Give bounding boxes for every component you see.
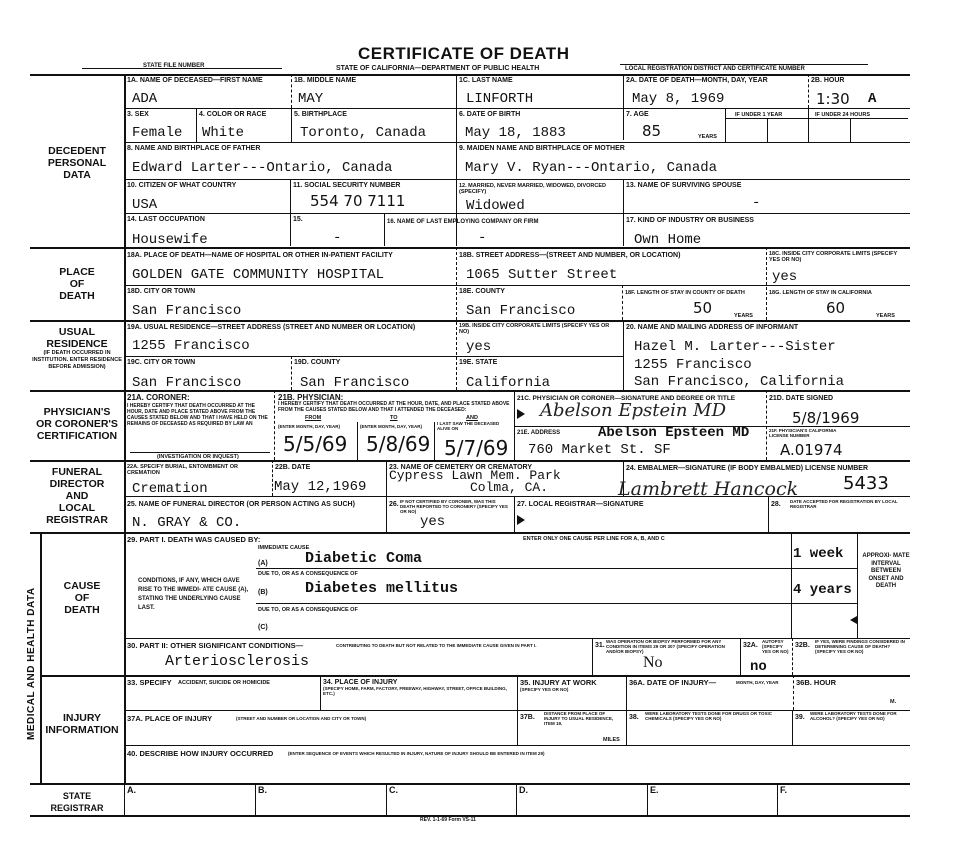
- field-35-note: (SPECIFY YES OR NO): [520, 687, 568, 693]
- field-35-label: 35. INJURY AT WORK: [520, 678, 597, 687]
- field-2b-meridiem: A: [868, 91, 876, 107]
- field-21b-enter-to: (ENTER MONTH, DAY, YEAR): [360, 424, 422, 430]
- field-32a-label: 32A.: [743, 641, 758, 650]
- medical-health-data-label: MEDICAL AND HEALTH DATA: [26, 587, 37, 740]
- field-25-value[interactable]: N. GRAY & CO.: [132, 515, 241, 531]
- field-20-label: 20. NAME AND MAILING ADDRESS OF INFORMAN…: [626, 323, 798, 332]
- field-19e-value[interactable]: California: [466, 375, 550, 391]
- field-31-note: WAS OPERATION OR BIOPSY PERFORMED FOR AN…: [606, 639, 738, 654]
- row-line: [124, 213, 910, 214]
- field-23-line2[interactable]: Colma, CA.: [470, 481, 548, 494]
- field-30-value[interactable]: Arteriosclerosis: [165, 654, 309, 670]
- field-3-label: 3. SEX: [127, 110, 149, 119]
- state-reg-cell-a[interactable]: A.: [127, 785, 136, 795]
- row-line: [124, 179, 910, 180]
- section-cause-of-death: CAUSE OF DEATH: [40, 580, 124, 616]
- divider: [320, 675, 321, 710]
- field-17-label: 17. KIND OF INDUSTRY OR BUSINESS: [626, 216, 754, 225]
- field-29-label: 29. PART I. DEATH WAS CAUSED BY:: [127, 535, 260, 544]
- field-1a-label: 1A. NAME OF DECEASED—FIRST NAME: [127, 76, 263, 85]
- field-18c-label: 18C. INSIDE CITY CORPORATE LIMITS (SPECI…: [769, 251, 907, 263]
- field-5-value[interactable]: Toronto, Canada: [300, 125, 426, 141]
- field-30-note: CONTRIBUTING TO DEATH BUT NOT RELATED TO…: [336, 643, 537, 649]
- divider: [768, 496, 769, 532]
- field-18d-label: 18D. CITY OR TOWN: [127, 287, 195, 296]
- frame-left: [124, 74, 126, 784]
- state-reg-cell-c[interactable]: C.: [389, 785, 398, 795]
- residence-note: (IF DEATH OCCURRED IN INSTITUTION. ENTER…: [30, 350, 124, 371]
- divider: [622, 285, 623, 320]
- divider: [592, 638, 593, 675]
- field-16-value[interactable]: -: [478, 230, 486, 246]
- field-39-label: 39.: [795, 713, 805, 722]
- field-29-a-value[interactable]: Diabetic Coma: [305, 551, 422, 567]
- field-21d-label: 21D. DATE SIGNED: [769, 394, 833, 403]
- field-21f-value[interactable]: A.01974: [780, 442, 842, 458]
- field-29-a-interval[interactable]: 1 week: [793, 546, 843, 562]
- state-reg-cell-b[interactable]: B.: [258, 785, 267, 795]
- field-37a-note: (STREET AND NUMBER OR LOCATION AND CITY …: [236, 716, 366, 722]
- field-18f-unit: YEARS: [734, 313, 753, 319]
- field-33-label: 33. SPECIFY: [127, 678, 172, 687]
- field-27-label: 27. LOCAL REGISTRAR—SIGNATURE: [517, 500, 644, 509]
- field-9-label: 9. MAIDEN NAME AND BIRTHPLACE OF MOTHER: [459, 144, 625, 153]
- field-18a-label: 18A. PLACE OF DEATH—NAME OF HOSPITAL OR …: [127, 251, 393, 260]
- divider: [767, 118, 768, 142]
- field-29-interval-label: APPROXI- MATE INTERVAL BETWEEN ONSET AND…: [860, 553, 912, 591]
- divider: [384, 213, 385, 246]
- field-6-label: 6. DATE OF BIRTH: [459, 110, 520, 119]
- row-line: [124, 496, 910, 497]
- section-certification: PHYSICIAN'S OR CORONER'S CERTIFICATION: [30, 406, 124, 442]
- field-2a-value[interactable]: May 8, 1969: [632, 91, 724, 107]
- field-13-value[interactable]: -: [752, 195, 760, 211]
- field-18b-value[interactable]: 1065 Sutter Street: [466, 267, 617, 283]
- inquest-line: [130, 452, 270, 453]
- field-21b-last-saw: I LAST SAW THE DECEASED ALIVE ON: [437, 421, 513, 431]
- field-40-note: (ENTER SEQUENCE OF EVENTS WHICH RESULTED…: [288, 751, 544, 757]
- field-31-label: 31.: [595, 641, 605, 650]
- field-22b-label: 22B. DATE: [275, 463, 310, 472]
- field-19d-value[interactable]: San Francisco: [300, 375, 409, 391]
- field-21d-value[interactable]: 5/8/1969: [792, 410, 859, 426]
- field-28-note: DATE ACCEPTED FOR REGISTRATION BY LOCAL …: [790, 499, 905, 509]
- field-8-value[interactable]: Edward Larter---Ontario, Canada: [132, 160, 392, 176]
- field-7-label: 7. AGE: [626, 110, 649, 119]
- field-29-conditions: CONDITIONS, IF ANY, WHICH GAVE RISE TO T…: [138, 577, 253, 613]
- field-19c-label: 19C. CITY OR TOWN: [127, 358, 195, 367]
- field-36a-note: MONTH, DAY, YEAR: [736, 680, 779, 686]
- field-18a-value[interactable]: GOLDEN GATE COMMUNITY HOSPITAL: [132, 267, 384, 283]
- divider: [725, 108, 726, 142]
- field-20-line1[interactable]: Hazel M. Larter---Sister: [634, 339, 836, 355]
- field-32a-value[interactable]: no: [750, 659, 767, 675]
- divider: [255, 783, 256, 815]
- field-36b-label: 36B. HOUR: [796, 678, 836, 687]
- divider: [647, 783, 648, 815]
- field-25-label: 25. NAME OF FUNERAL DIRECTOR (OR PERSON …: [127, 500, 355, 509]
- divider: [777, 783, 778, 815]
- field-10-label: 10. CITIZEN OF WHAT COUNTRY: [127, 181, 236, 190]
- form-number: REV. 1-1-69 Form VS-11: [420, 817, 476, 823]
- field-11-label: 11. SOCIAL SECURITY NUMBER: [293, 181, 401, 190]
- field-18b-label: 18B. STREET ADDRESS—(STREET AND NUMBER, …: [459, 251, 680, 260]
- section-decedent: DECEDENT PERSONAL DATA: [30, 145, 124, 181]
- field-19c-value[interactable]: San Francisco: [132, 375, 241, 391]
- section-line: [30, 783, 910, 785]
- field-26-label: 26.: [389, 500, 399, 509]
- field-29-b-value[interactable]: Diabetes mellitus: [305, 581, 458, 597]
- divider: [623, 74, 624, 140]
- field-8-label: 8. NAME AND BIRTHPLACE OF FATHER: [127, 144, 260, 153]
- row-line: [726, 118, 908, 119]
- field-11-value[interactable]: 554 70 7111: [310, 193, 405, 209]
- row-line: [124, 710, 910, 711]
- divider: [792, 710, 793, 745]
- field-40-label: 40. DESCRIBE HOW INJURY OCCURRED: [127, 749, 273, 758]
- field-19e-label: 19E. STATE: [459, 358, 497, 367]
- field-32a-note: AUTOPSY (SPECIFY YES OR NO): [762, 639, 792, 654]
- divider: [514, 496, 515, 532]
- field-37b-note: DISTANCE FROM PLACE OF INJURY TO USUAL R…: [544, 711, 622, 726]
- field-7-value[interactable]: 85: [642, 123, 661, 139]
- field-39-note: WERE LABORATORY TESTS DONE FOR ALCOHOL? …: [810, 711, 908, 721]
- divider: [792, 638, 793, 675]
- divider: [291, 74, 292, 108]
- row-line: [124, 356, 623, 357]
- local-reg-label: LOCAL REGISTRATION DISTRICT AND CERTIFIC…: [625, 66, 805, 72]
- field-19a-value[interactable]: 1255 Francisco: [132, 338, 250, 354]
- divider: [386, 783, 387, 815]
- field-2a-label: 2A. DATE OF DEATH—MONTH, DAY, YEAR: [626, 76, 768, 85]
- field-18e-label: 18E. COUNTY: [459, 287, 505, 296]
- agency-label: STATE OF CALIFORNIA—DEPARTMENT OF PUBLIC…: [336, 64, 539, 73]
- field-20-line2[interactable]: 1255 Francisco: [634, 357, 752, 373]
- row-line: [124, 285, 910, 286]
- field-18f-label: 18F. LENGTH OF STAY IN COUNTY OF DEATH: [625, 290, 745, 296]
- field-29-c-label: (C): [258, 623, 268, 632]
- divider: [623, 320, 624, 390]
- field-12-label: 12. MARRIED, NEVER MARRIED, WIDOWED, DIV…: [459, 183, 619, 195]
- field-21e-name[interactable]: Abelson Epsteen MD: [598, 425, 749, 441]
- section-injury-information: INJURY INFORMATION: [40, 712, 124, 736]
- field-1c-value[interactable]: LINFORTH: [466, 91, 533, 107]
- row-line: [124, 745, 910, 746]
- field-21c-signature[interactable]: Abelson Epstein MD: [540, 400, 726, 421]
- field-18c-value[interactable]: yes: [772, 269, 797, 285]
- field-19b-label: 19B. INSIDE CITY CORPORATE LIMITS (SPECI…: [459, 323, 619, 335]
- row-line: [256, 568, 791, 569]
- state-reg-cell-e[interactable]: E.: [650, 785, 659, 795]
- field-16-label: 16. NAME OF LAST EMPLOYING COMPANY OR FI…: [387, 218, 538, 227]
- divider: [291, 108, 292, 142]
- divider: [274, 390, 275, 460]
- certificate-title: CERTIFICATE OF DEATH: [358, 44, 569, 64]
- field-6-value[interactable]: May 18, 1883: [465, 125, 566, 141]
- field-33-note: ACCIDENT, SUICIDE OR HOMICIDE: [178, 680, 270, 686]
- row-line: [791, 603, 857, 604]
- divider: [434, 422, 435, 460]
- field-21b-enter-from: (ENTER MONTH, DAY, YEAR): [278, 424, 340, 430]
- field-36b-m: M.: [890, 699, 896, 705]
- divider: [357, 422, 358, 460]
- field-15-value[interactable]: -: [333, 230, 341, 246]
- field-12-value[interactable]: Widowed: [466, 198, 525, 214]
- section-line: [40, 675, 910, 677]
- field-34-note: (SPECIFY HOME, FARM, FACTORY, FREEWAY, H…: [323, 686, 515, 696]
- field-18g-unit: YEARS: [876, 313, 895, 319]
- field-9-value[interactable]: Mary V. Ryan---Ontario, Canada: [465, 160, 717, 176]
- field-38-note: WERE LABORATORY TESTS DONE FOR DRUGS OR …: [645, 711, 790, 721]
- field-21f-label: 21F. PHYSICIAN'S CALIFORNIA LICENSE NUMB…: [769, 428, 839, 438]
- divider: [196, 108, 197, 142]
- field-2b-label: 2B. HOUR: [811, 76, 844, 85]
- field-21a-text: I HEREBY CERTIFY THAT DEATH OCCURRED AT …: [127, 403, 271, 427]
- field-29-b-interval[interactable]: 4 years: [793, 582, 852, 598]
- divider: [516, 783, 517, 815]
- field-20-line3[interactable]: San Francisco, California: [634, 374, 844, 390]
- field-24-license[interactable]: 5433: [843, 476, 889, 492]
- field-14-label: 14. LAST OCCUPATION: [127, 215, 205, 224]
- state-reg-cell-d[interactable]: D.: [519, 785, 528, 795]
- field-22b-value[interactable]: May 12,1969: [274, 479, 366, 495]
- divider: [808, 108, 809, 142]
- field-18g-label: 18G. LENGTH OF STAY IN CALIFORNIA: [769, 290, 872, 296]
- field-5-label: 5. BIRTHPLACE: [294, 110, 347, 119]
- field-37b-label: 37B.: [520, 713, 535, 722]
- field-7-unit: YEARS: [698, 134, 717, 140]
- divider: [740, 638, 741, 675]
- arrow-marker-icon: [850, 616, 857, 624]
- field-37a-label: 37A. PLACE OF INJURY: [127, 714, 212, 723]
- field-29-a-label: (A): [258, 559, 268, 568]
- divider: [272, 460, 273, 496]
- divider: [791, 532, 792, 638]
- section-line: [30, 390, 910, 392]
- arrow-marker-icon: [517, 515, 525, 525]
- field-18g-value[interactable]: 60: [826, 300, 845, 316]
- field-21e-value[interactable]: 760 Market St. SF: [528, 442, 671, 458]
- medical-divider: [40, 532, 42, 784]
- field-22a-label: 22A. SPECIFY BURIAL, ENTOMBMENT OR CREMA…: [127, 464, 267, 476]
- field-26-value[interactable]: yes: [420, 514, 445, 530]
- field-4-value[interactable]: White: [202, 125, 244, 141]
- divider: [808, 74, 809, 108]
- row-line: [124, 142, 910, 143]
- section-place-of-death: PLACE OF DEATH: [30, 266, 124, 302]
- field-26-note: IF NOT CERTIFIED BY CORONER, WAS THIS DE…: [400, 499, 512, 514]
- state-file-number-label: STATE FILE NUMBER: [143, 63, 204, 69]
- field-29-immediate-label: IMMEDIATE CAUSE: [258, 545, 309, 551]
- field-21b-to-label: TO: [390, 415, 398, 421]
- divider: [124, 783, 125, 815]
- field-38-label: 38.: [629, 713, 639, 722]
- field-21b-from[interactable]: 5/5/69: [283, 433, 347, 455]
- field-29-due-label-c: DUE TO, OR AS A CONSEQUENCE OF: [258, 607, 358, 613]
- field-19d-label: 19D. COUNTY: [294, 358, 340, 367]
- divider: [456, 247, 457, 390]
- field-21b-to[interactable]: 5/8/69: [366, 433, 430, 455]
- field-21a-label: 21A. CORONER:: [127, 393, 190, 402]
- field-29-instruction: ENTER ONLY ONE CAUSE PER LINE FOR A, B, …: [523, 536, 665, 542]
- section-funeral-director: FUNERAL DIRECTOR AND LOCAL REGISTRAR: [30, 466, 124, 526]
- field-24-label: 24. EMBALMER—SIGNATURE (IF BODY EMBALMED…: [626, 464, 868, 473]
- field-14-value[interactable]: Housewife: [132, 232, 208, 248]
- field-32b-label: 32B.: [795, 641, 810, 650]
- field-2b-value[interactable]: 1:30: [816, 91, 850, 107]
- row-line: [791, 568, 857, 569]
- section-usual-residence: USUAL RESIDENCE (IF DEATH OCCURRED IN IN…: [30, 326, 124, 371]
- section-line: [30, 460, 910, 462]
- field-4-label: 4. COLOR OR RACE: [199, 110, 266, 119]
- arrow-marker-icon: [517, 409, 525, 419]
- field-19b-value[interactable]: yes: [466, 339, 491, 355]
- field-21b-last-seen[interactable]: 5/7/69: [444, 437, 508, 459]
- divider: [514, 390, 515, 460]
- field-21b-text: I HEREBY CERTIFY THAT DEATH OCCURRED AT …: [278, 401, 512, 413]
- field-18f-value[interactable]: 50: [693, 300, 712, 316]
- field-15-label: 15.: [293, 215, 303, 224]
- field-18d-value[interactable]: San Francisco: [132, 303, 241, 319]
- field-29-b-label: (B): [258, 588, 268, 597]
- divider: [291, 356, 292, 390]
- field-18e-value[interactable]: San Francisco: [466, 303, 575, 319]
- local-reg-line: [620, 64, 868, 65]
- field-1b-label: 1B. MIDDLE NAME: [294, 76, 356, 85]
- field-32b-note: IF YES, WERE FINDINGS CONSIDERED IN DETE…: [815, 639, 910, 654]
- field-22a-value[interactable]: Cremation: [132, 481, 208, 497]
- field-29-due-label-b: DUE TO, OR AS A CONSEQUENCE OF: [258, 571, 358, 577]
- field-36a-label: 36A. DATE OF INJURY—: [629, 678, 716, 687]
- field-1b-value[interactable]: MAY: [298, 91, 323, 107]
- divider: [857, 532, 858, 638]
- field-10-value[interactable]: USA: [132, 197, 157, 213]
- divider: [850, 118, 851, 142]
- field-28-label: 28.: [771, 500, 781, 509]
- section-state-registrar: STATE REGISTRAR: [30, 790, 124, 814]
- field-19a-label: 19A. USUAL RESIDENCE—STREET ADDRESS (STR…: [127, 323, 415, 332]
- section-line: [30, 247, 910, 249]
- field-13-label: 13. NAME OF SURVIVING SPOUSE: [626, 181, 741, 190]
- field-1a-value[interactable]: ADA: [132, 91, 157, 107]
- divider: [766, 247, 767, 320]
- divider: [793, 675, 794, 710]
- field-17-value[interactable]: Own Home: [634, 232, 701, 248]
- divider: [766, 390, 767, 460]
- field-30-label: 30. PART II: OTHER SIGNIFICANT CONDITION…: [127, 641, 303, 650]
- field-31-value[interactable]: No: [643, 655, 663, 671]
- field-21e-label: 21E. ADDRESS: [517, 429, 560, 438]
- field-37b-unit: MILES: [603, 737, 620, 743]
- field-3-value[interactable]: Female: [132, 125, 182, 141]
- field-1c-label: 1C. LAST NAME: [459, 76, 513, 85]
- section-line: [30, 532, 910, 534]
- field-21b-from-label: FROM: [305, 415, 321, 421]
- row-line: [124, 108, 910, 109]
- state-reg-cell-f[interactable]: F.: [780, 785, 787, 795]
- row-line: [256, 603, 791, 604]
- section-line: [30, 320, 910, 322]
